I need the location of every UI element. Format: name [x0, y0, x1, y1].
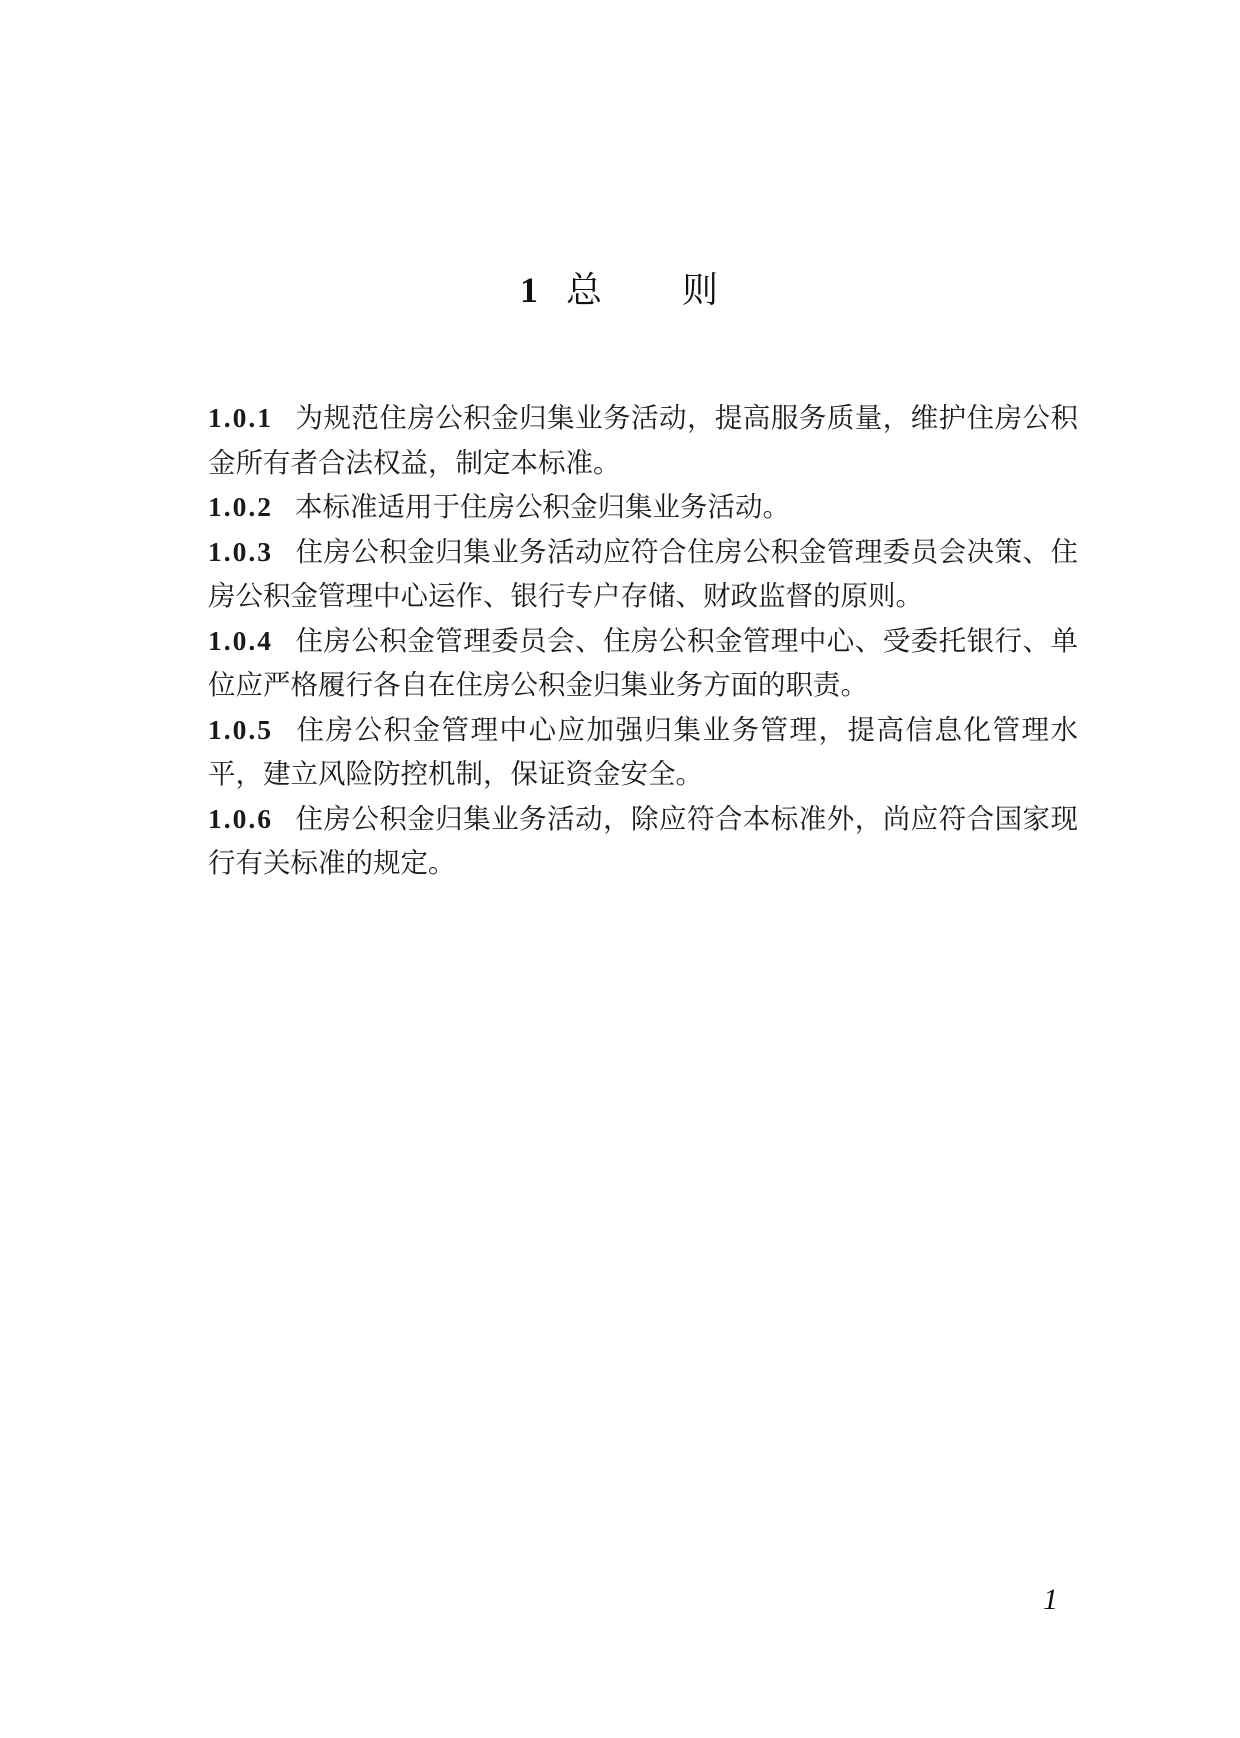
clause-1-0-4: 1.0.4住房公积金管理委员会、住房公积金管理中心、受委托银行、单位应严格履行各… [208, 619, 1078, 708]
clause-text: 住房公积金归集业务活动，除应符合本标准外，尚应符合国家现行有关标准的规定。 [208, 803, 1078, 880]
clause-1-0-5: 1.0.5住房公积金管理中心应加强归集业务管理，提高信息化管理水平，建立风险防控… [208, 708, 1078, 797]
clause-text: 本标准适用于住房公积金归集业务活动。 [295, 491, 790, 523]
document-page: 1总则 1.0.1为规范住房公积金归集业务活动，提高服务质量，维护住房公积金所有… [0, 0, 1240, 1738]
clause-number: 1.0.4 [208, 625, 273, 656]
clause-text: 住房公积金归集业务活动应符合住房公积金管理委员会决策、住房公积金管理中心运作、银… [208, 536, 1078, 613]
chapter-heading: 1总则 [0, 268, 1240, 313]
clause-number: 1.0.1 [208, 402, 273, 433]
clause-text: 住房公积金管理中心应加强归集业务管理，提高信息化管理水平，建立风险防控机制，保证… [208, 714, 1078, 791]
clauses-section: 1.0.1为规范住房公积金归集业务活动，提高服务质量，维护住房公积金所有者合法权… [208, 396, 1078, 886]
chapter-number: 1 [520, 270, 540, 310]
clause-number: 1.0.3 [208, 536, 273, 567]
clause-text: 为规范住房公积金归集业务活动，提高服务质量，维护住房公积金所有者合法权益，制定本… [208, 402, 1078, 479]
clause-number: 1.0.2 [208, 491, 273, 522]
chapter-title-char-2: 则 [682, 269, 720, 313]
clause-1-0-1: 1.0.1为规范住房公积金归集业务活动，提高服务质量，维护住房公积金所有者合法权… [208, 396, 1078, 485]
clause-text: 住房公积金管理委员会、住房公积金管理中心、受委托银行、单位应严格履行各自在住房公… [208, 625, 1078, 702]
clause-number: 1.0.5 [208, 714, 273, 745]
clause-1-0-6: 1.0.6住房公积金归集业务活动，除应符合本标准外，尚应符合国家现行有关标准的规… [208, 797, 1078, 886]
chapter-title-char-1: 总 [566, 269, 604, 313]
page-number: 1 [1043, 1582, 1058, 1618]
clause-number: 1.0.6 [208, 803, 273, 834]
clause-1-0-2: 1.0.2本标准适用于住房公积金归集业务活动。 [208, 485, 1078, 530]
clause-1-0-3: 1.0.3住房公积金归集业务活动应符合住房公积金管理委员会决策、住房公积金管理中… [208, 530, 1078, 619]
